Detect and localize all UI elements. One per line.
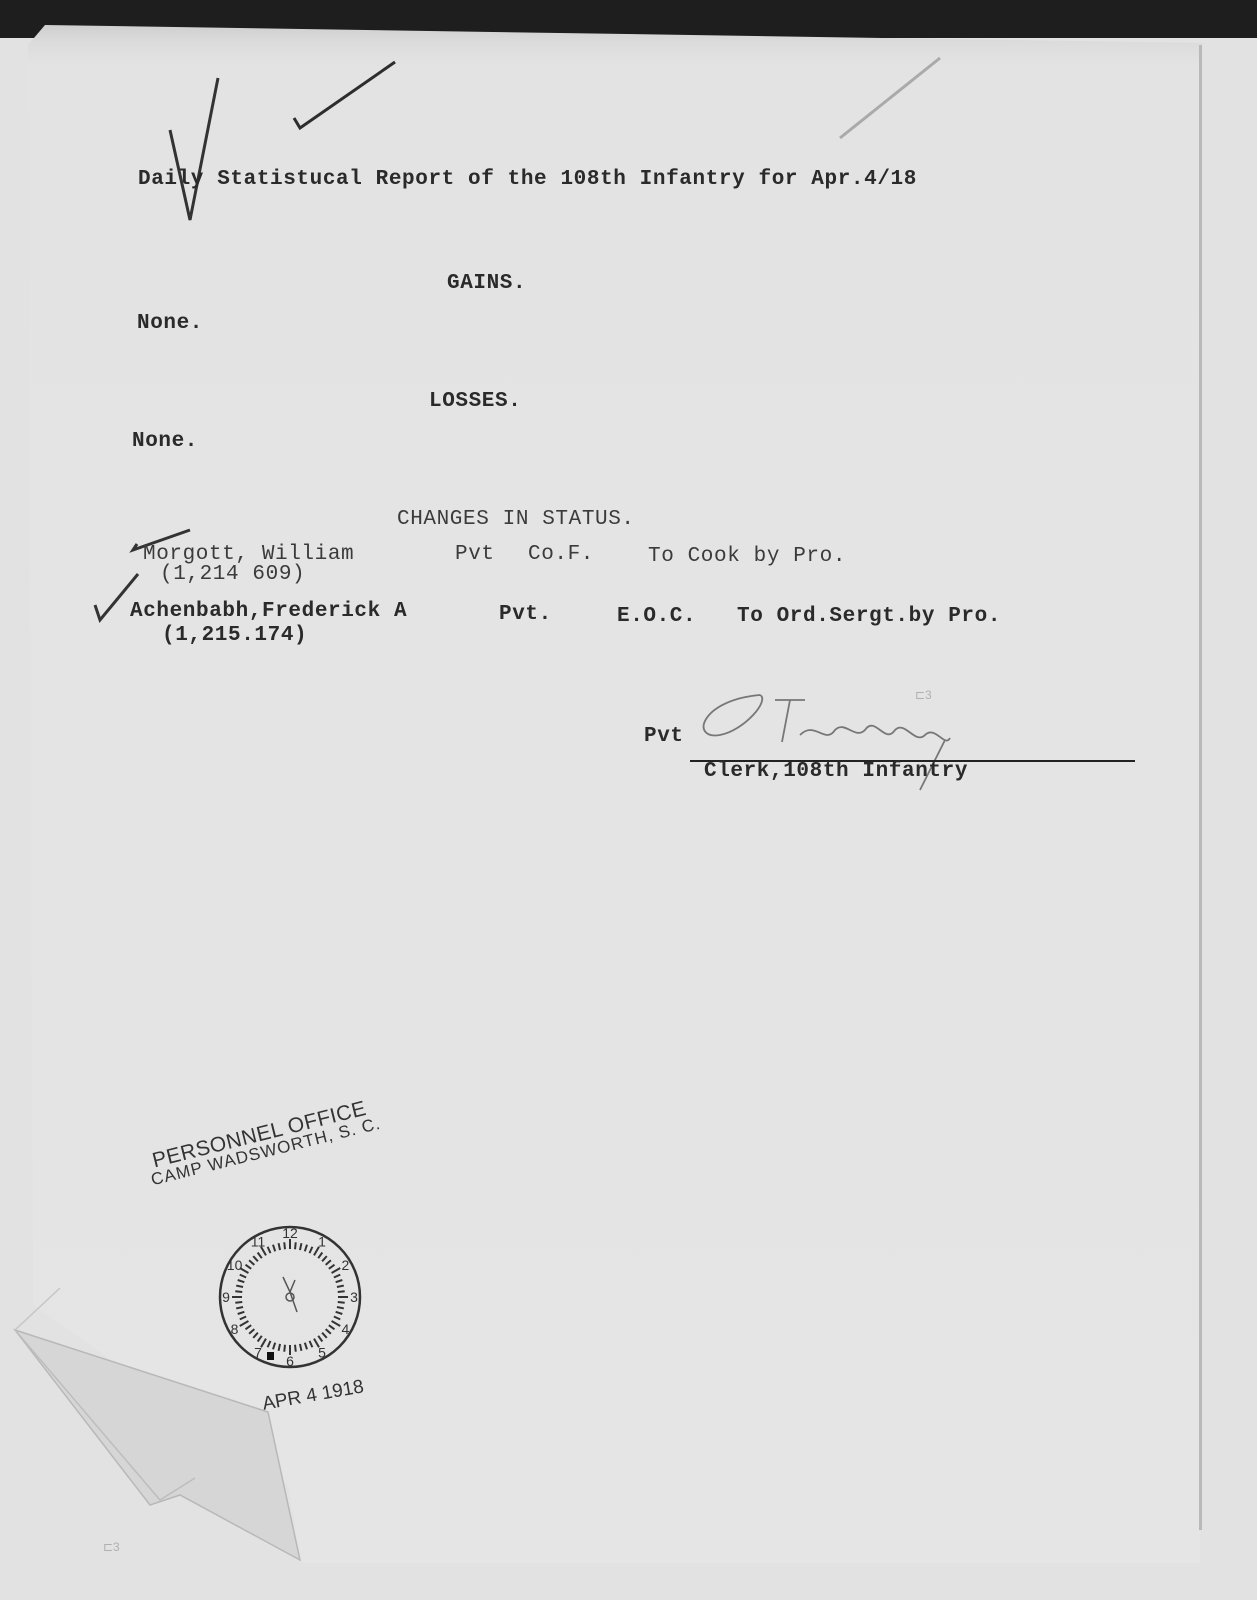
changes-heading: CHANGES IN STATUS.	[397, 508, 635, 531]
gains-content: None.	[137, 312, 203, 335]
entry-unit: E.O.C.	[617, 605, 696, 628]
entry-serial: (1,214 609)	[160, 563, 305, 586]
entry-rank: Pvt	[455, 543, 495, 566]
report-title-text: Daily Statistucal Report of the 108th In…	[138, 168, 917, 191]
entry-change: To Cook by Pro.	[648, 545, 846, 568]
entry-change: To Ord.Sergt.by Pro.	[737, 605, 1001, 628]
entry-serial: (1,215.174)	[162, 624, 307, 647]
entry-rank: Pvt.	[499, 603, 552, 626]
entry-name: Achenbabh,Frederick A	[130, 600, 407, 623]
gains-heading: GAINS.	[447, 272, 526, 295]
entry-unit: Co.F.	[528, 543, 594, 566]
document-page	[18, 25, 1226, 1565]
signature-title: Clerk,108th Infantry	[704, 760, 968, 783]
losses-heading: LOSSES.	[429, 390, 521, 413]
signature-rank: Pvt	[644, 725, 684, 748]
archive-mark: ⊏3	[915, 688, 932, 702]
archive-mark: ⊏3	[103, 1540, 120, 1554]
page-edge-shadow	[1199, 45, 1202, 1530]
losses-content: None.	[132, 430, 198, 453]
